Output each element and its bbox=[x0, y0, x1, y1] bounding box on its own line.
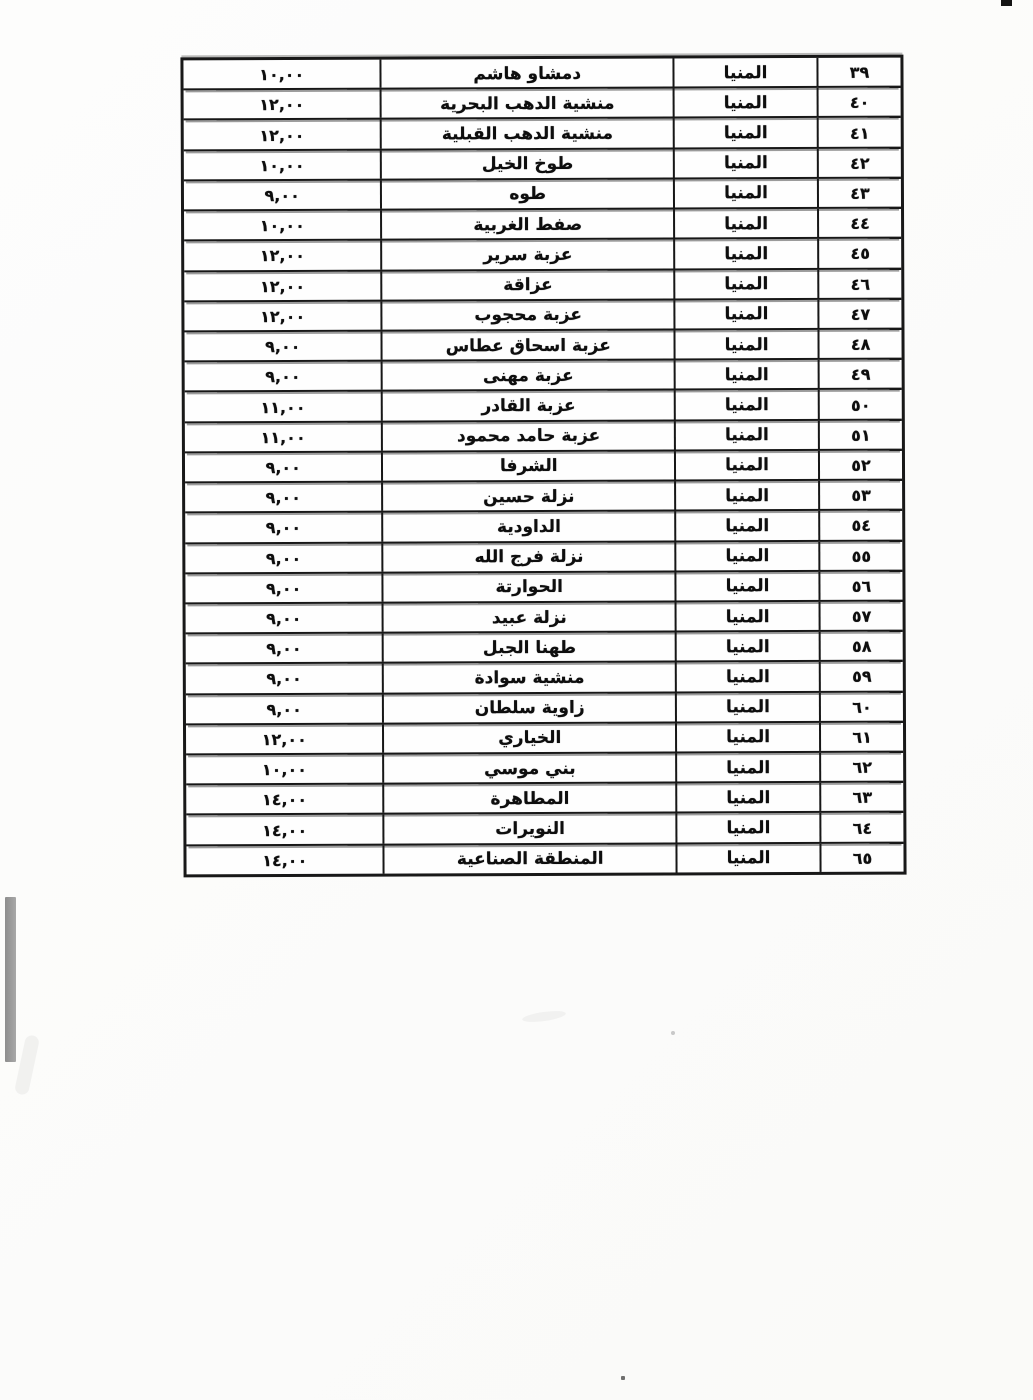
table-row: ١٠,٠٠ طوخ الخيل المنيا ٤٢ bbox=[184, 148, 901, 181]
place-name-cell: عزبة سرير bbox=[381, 240, 674, 269]
rate-value-cell: ٩,٠٠ bbox=[184, 180, 381, 209]
place-name-cell: عزاقة bbox=[381, 270, 674, 299]
table-row: ١١,٠٠ عزبة القادر المنيا ٥٠ bbox=[185, 390, 902, 423]
place-name-cell: منشية الدهب القبلية bbox=[380, 119, 673, 148]
row-number-cell: ٥٠ bbox=[818, 390, 902, 419]
governorate-cell: المنيا bbox=[674, 360, 818, 389]
governorate-cell: المنيا bbox=[673, 88, 817, 117]
table-row: ١٢,٠٠ عزبة محجوب المنيا ٤٧ bbox=[184, 299, 901, 332]
rate-value-cell: ١٤,٠٠ bbox=[186, 845, 383, 874]
governorate-cell: المنيا bbox=[675, 783, 819, 812]
place-name-cell: منشية الدهب البحرية bbox=[380, 89, 673, 118]
governorate-cell: المنيا bbox=[673, 179, 817, 208]
table-row: ١٢,٠٠ عزاقة المنيا ٤٦ bbox=[184, 269, 901, 302]
rate-value-cell: ٩,٠٠ bbox=[185, 483, 382, 512]
governorate-cell: المنيا bbox=[674, 451, 818, 480]
place-name-cell: نزلة عبيد bbox=[382, 602, 675, 631]
rate-value-cell: ٩,٠٠ bbox=[186, 694, 383, 723]
row-number-cell: ٥٧ bbox=[819, 602, 903, 631]
table-row: ١٤,٠٠ المنطقة الصناعية المنيا ٦٥ bbox=[186, 843, 903, 874]
place-name-cell: عزبة القادر bbox=[381, 391, 674, 420]
rate-value-cell: ١٤,٠٠ bbox=[186, 785, 383, 814]
place-name-cell: الشرفا bbox=[381, 451, 674, 480]
table-row: ٩,٠٠ الداودية المنيا ٥٤ bbox=[185, 511, 902, 544]
villages-rates-table: ١٠,٠٠ دمشاو هاشم المنيا ٣٩ ١٢,٠٠ منشية ا… bbox=[180, 55, 906, 878]
governorate-cell: المنيا bbox=[674, 390, 818, 419]
place-name-cell: عزبة مهنى bbox=[381, 361, 674, 390]
governorate-cell: المنيا bbox=[673, 269, 817, 298]
rate-value-cell: ٩,٠٠ bbox=[186, 604, 383, 633]
table-row: ١١,٠٠ عزبة حامد محمود المنيا ٥١ bbox=[185, 420, 902, 453]
governorate-cell: المنيا bbox=[674, 511, 818, 540]
table-row: ٩,٠٠ طوه المنيا ٤٣ bbox=[184, 179, 901, 212]
rate-value-cell: ٩,٠٠ bbox=[184, 332, 381, 361]
governorate-cell: المنيا bbox=[675, 602, 819, 631]
governorate-cell: المنيا bbox=[673, 239, 817, 268]
table-row: ٩,٠٠ عزبة اسحاق عطاس المنيا ٤٨ bbox=[184, 330, 901, 363]
governorate-cell: المنيا bbox=[672, 58, 816, 87]
scan-speck bbox=[671, 1031, 675, 1035]
rate-value-cell: ١٢,٠٠ bbox=[186, 724, 383, 753]
place-name-cell: المنطقة الصناعية bbox=[383, 844, 676, 873]
scan-smudge bbox=[522, 1009, 567, 1024]
place-name-cell: الداودية bbox=[382, 512, 675, 541]
rate-value-cell: ٩,٠٠ bbox=[185, 543, 382, 572]
governorate-cell: المنيا bbox=[675, 693, 819, 722]
scan-speck bbox=[621, 1376, 625, 1380]
governorate-cell: المنيا bbox=[675, 662, 819, 691]
row-number-cell: ٦٢ bbox=[819, 753, 903, 782]
rate-value-cell: ٩,٠٠ bbox=[185, 573, 382, 602]
place-name-cell: طوه bbox=[380, 179, 673, 208]
scan-smudge bbox=[14, 1034, 40, 1096]
row-number-cell: ٤٢ bbox=[817, 148, 901, 177]
place-name-cell: طوخ الخيل bbox=[380, 149, 673, 178]
row-number-cell: ٤١ bbox=[817, 118, 901, 147]
place-name-cell: نزلة فرج الله bbox=[382, 542, 675, 571]
place-name-cell: دمشاو هاشم bbox=[380, 59, 673, 88]
table-row: ٩,٠٠ نزلة عبيد المنيا ٥٧ bbox=[186, 602, 903, 635]
place-name-cell: النويرات bbox=[383, 814, 676, 843]
table-row: ١٠,٠٠ دمشاو هاشم المنيا ٣٩ bbox=[183, 58, 900, 91]
governorate-cell: المنيا bbox=[674, 481, 818, 510]
row-number-cell: ٤٥ bbox=[817, 239, 901, 268]
table-row: ١٤,٠٠ المطاهرة المنيا ٦٣ bbox=[186, 783, 903, 816]
row-number-cell: ٥٥ bbox=[818, 541, 902, 570]
governorate-cell: المنيا bbox=[675, 813, 819, 842]
governorate-cell: المنيا bbox=[674, 572, 818, 601]
row-number-cell: ٦٤ bbox=[819, 813, 903, 842]
row-number-cell: ٤٦ bbox=[817, 269, 901, 298]
table-row: ٩,٠٠ منشية سوادة المنيا ٥٩ bbox=[186, 662, 903, 695]
rate-value-cell: ١٢,٠٠ bbox=[184, 301, 381, 330]
row-number-cell: ٥١ bbox=[818, 420, 902, 449]
table-row: ١٢,٠٠ عزبة سرير المنيا ٤٥ bbox=[184, 239, 901, 272]
governorate-cell: المنيا bbox=[673, 300, 817, 329]
place-name-cell: طهنا الجبل bbox=[382, 633, 675, 662]
rate-value-cell: ١٠,٠٠ bbox=[186, 755, 383, 784]
governorate-cell: المنيا bbox=[674, 421, 818, 450]
row-number-cell: ٥٩ bbox=[819, 662, 903, 691]
row-number-cell: ٦١ bbox=[819, 722, 903, 751]
rate-value-cell: ١٢,٠٠ bbox=[184, 90, 381, 119]
place-name-cell: منشية سوادة bbox=[382, 663, 675, 692]
rate-value-cell: ٩,٠٠ bbox=[185, 513, 382, 542]
governorate-cell: المنيا bbox=[673, 149, 817, 178]
rate-value-cell: ١٢,٠٠ bbox=[184, 241, 381, 270]
rate-value-cell: ١٠,٠٠ bbox=[184, 150, 381, 179]
row-number-cell: ٦٣ bbox=[819, 783, 903, 812]
governorate-cell: المنيا bbox=[673, 209, 817, 238]
rate-value-cell: ٩,٠٠ bbox=[186, 664, 383, 693]
governorate-cell: المنيا bbox=[675, 753, 819, 782]
row-number-cell: ٥٨ bbox=[819, 632, 903, 661]
place-name-cell: المطاهرة bbox=[383, 784, 676, 813]
table-row: ٩,٠٠ عزبة مهنى المنيا ٤٩ bbox=[185, 360, 902, 393]
scanned-document-page: ١٠,٠٠ دمشاو هاشم المنيا ٣٩ ١٢,٠٠ منشية ا… bbox=[0, 0, 1033, 1400]
place-name-cell: صفط الغربية bbox=[380, 210, 673, 239]
rate-value-cell: ٩,٠٠ bbox=[185, 362, 382, 391]
table-row: ٩,٠٠ الحوارتة المنيا ٥٦ bbox=[185, 571, 902, 604]
rate-value-cell: ١٢,٠٠ bbox=[184, 271, 381, 300]
row-number-cell: ٣٩ bbox=[817, 58, 901, 87]
row-number-cell: ٦٥ bbox=[820, 843, 904, 872]
table-row: ٩,٠٠ نزلة حسين المنيا ٥٣ bbox=[185, 481, 902, 514]
row-number-cell: ٤٩ bbox=[818, 360, 902, 389]
governorate-cell: المنيا bbox=[675, 632, 819, 661]
scan-artifact-mark bbox=[1001, 0, 1012, 6]
row-number-cell: ٤٨ bbox=[818, 330, 902, 359]
row-number-cell: ٤٤ bbox=[817, 209, 901, 238]
place-name-cell: نزلة حسين bbox=[382, 482, 675, 511]
place-name-cell: عزبة اسحاق عطاس bbox=[381, 330, 674, 359]
table-row: ٩,٠٠ طهنا الجبل المنيا ٥٨ bbox=[186, 632, 903, 665]
row-number-cell: ٤٣ bbox=[817, 179, 901, 208]
place-name-cell: بني موسي bbox=[383, 754, 676, 783]
governorate-cell: المنيا bbox=[675, 723, 819, 752]
place-name-cell: عزبة حامد محمود bbox=[381, 421, 674, 450]
table-row: ١٤,٠٠ النويرات المنيا ٦٤ bbox=[186, 813, 903, 846]
row-number-cell: ٥٦ bbox=[819, 571, 903, 600]
row-number-cell: ٥٣ bbox=[818, 481, 902, 510]
rate-value-cell: ١٤,٠٠ bbox=[186, 815, 383, 844]
row-number-cell: ٥٢ bbox=[818, 450, 902, 479]
row-number-cell: ٤٧ bbox=[817, 299, 901, 328]
rate-value-cell: ١٠,٠٠ bbox=[184, 211, 381, 240]
rate-value-cell: ٩,٠٠ bbox=[186, 634, 383, 663]
table-row: ١٠,٠٠ صفط الغربية المنيا ٤٤ bbox=[184, 209, 901, 242]
row-number-cell: ٤٠ bbox=[817, 88, 901, 117]
scan-edge-bar-artifact bbox=[5, 897, 16, 1062]
rate-value-cell: ١٠,٠٠ bbox=[183, 60, 380, 89]
rate-value-cell: ١٢,٠٠ bbox=[184, 120, 381, 149]
rate-value-cell: ١١,٠٠ bbox=[185, 422, 382, 451]
governorate-cell: المنيا bbox=[673, 118, 817, 147]
rate-value-cell: ١١,٠٠ bbox=[185, 392, 382, 421]
row-number-cell: ٥٤ bbox=[818, 511, 902, 540]
rate-value-cell: ٩,٠٠ bbox=[185, 452, 382, 481]
table-row: ١٠,٠٠ بني موسي المنيا ٦٢ bbox=[186, 753, 903, 786]
governorate-cell: المنيا bbox=[673, 330, 817, 359]
place-name-cell: الحوارتة bbox=[382, 572, 675, 601]
table-row: ٩,٠٠ زاوية سلطان المنيا ٦٠ bbox=[186, 692, 903, 725]
table-row: ١٢,٠٠ الخياري المنيا ٦١ bbox=[186, 722, 903, 755]
table-row: ٩,٠٠ الشرفا المنيا ٥٢ bbox=[185, 450, 902, 483]
table-row: ١٢,٠٠ منشية الدهب البحرية المنيا ٤٠ bbox=[184, 88, 901, 121]
place-name-cell: عزبة محجوب bbox=[381, 300, 674, 329]
table-row: ٩,٠٠ نزلة فرج الله المنيا ٥٥ bbox=[185, 541, 902, 574]
table-row: ١٢,٠٠ منشية الدهب القبلية المنيا ٤١ bbox=[184, 118, 901, 151]
governorate-cell: المنيا bbox=[675, 844, 819, 873]
governorate-cell: المنيا bbox=[674, 541, 818, 570]
place-name-cell: زاوية سلطان bbox=[382, 693, 675, 722]
row-number-cell: ٦٠ bbox=[819, 692, 903, 721]
place-name-cell: الخياري bbox=[382, 723, 675, 752]
